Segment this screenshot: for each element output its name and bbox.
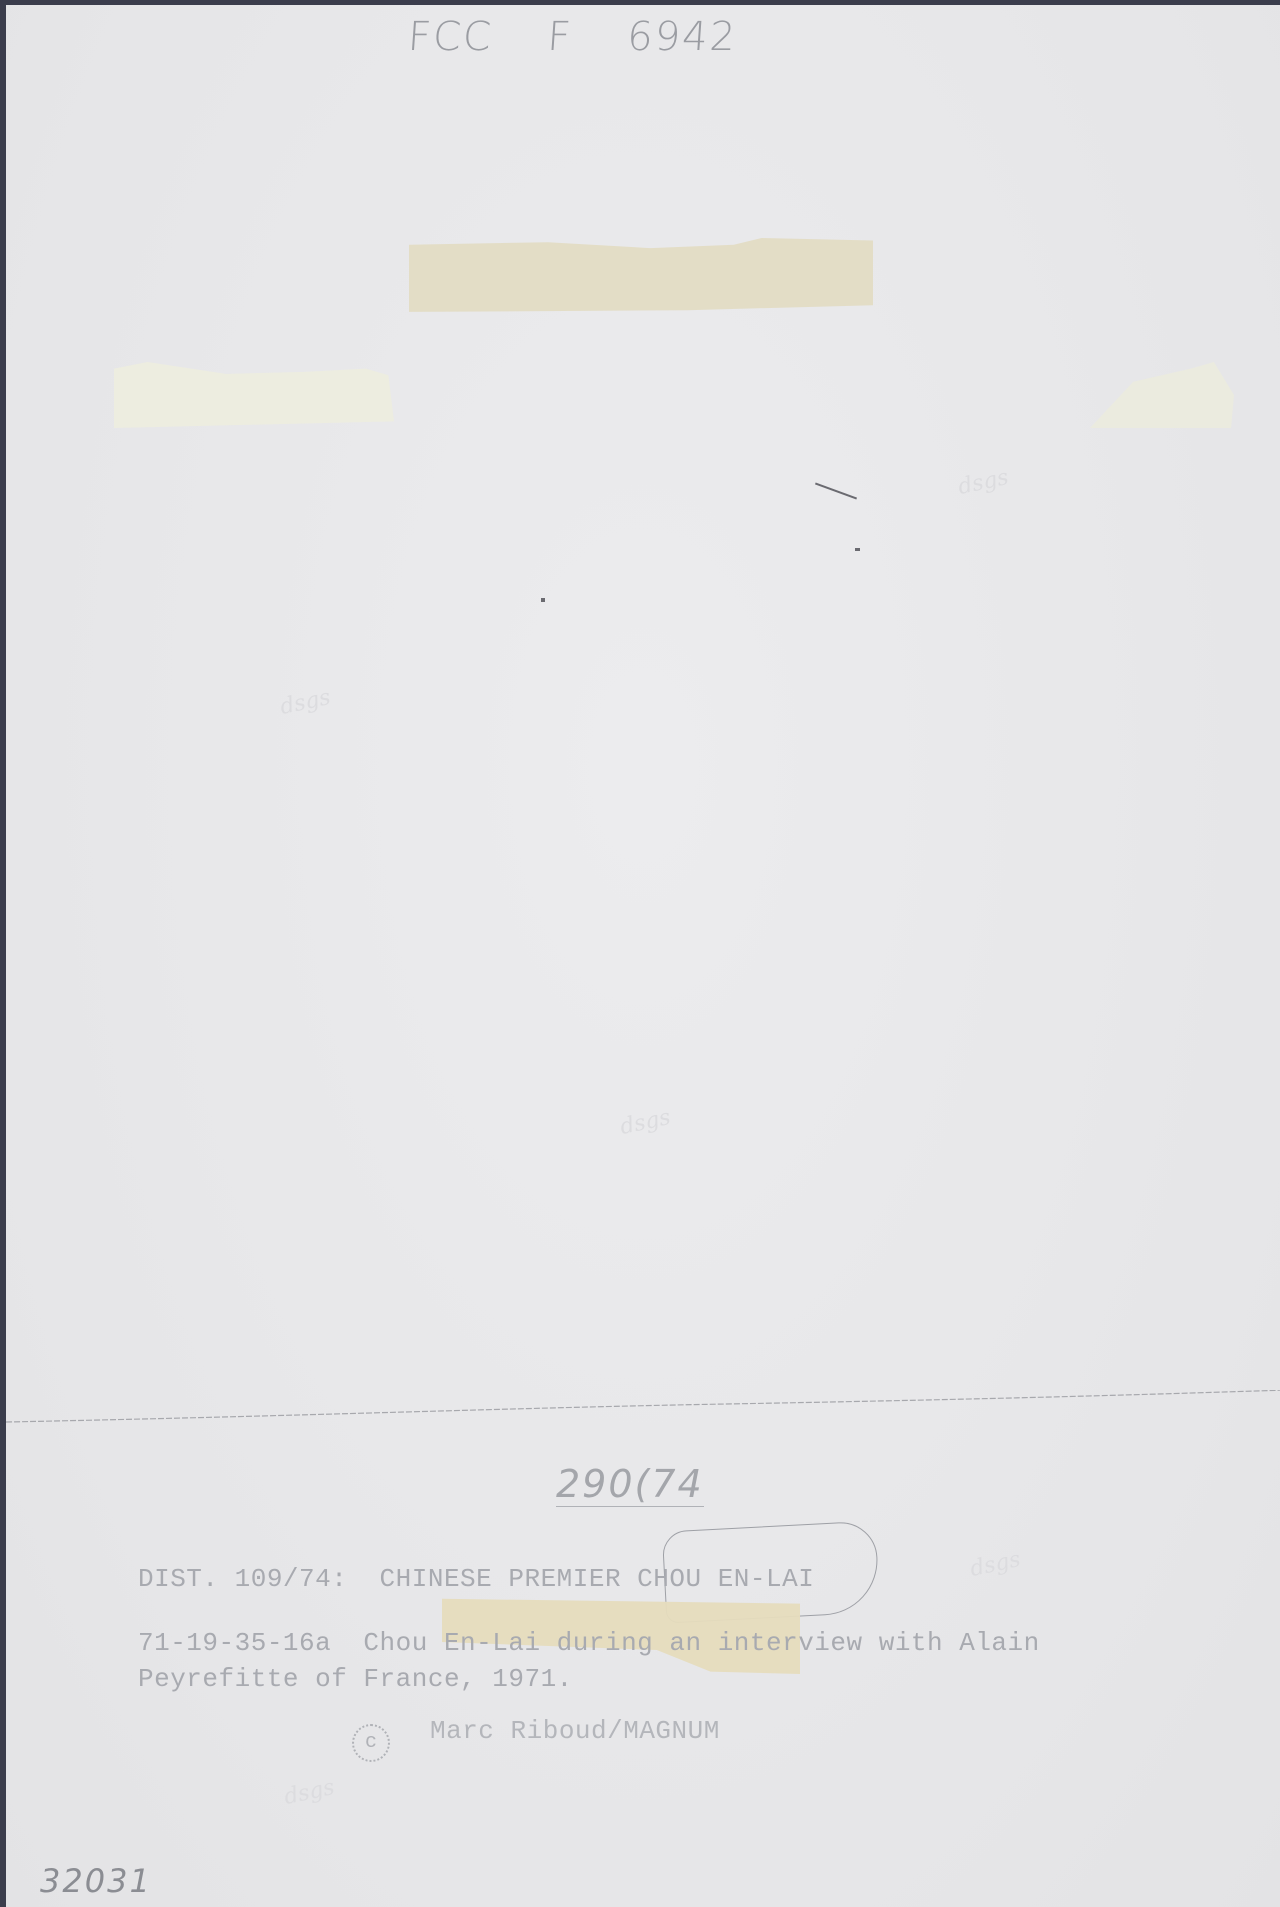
- photo-credit: Marc Riboud/MAGNUM: [430, 1716, 720, 1746]
- handwritten-dist-number: 290(74: [556, 1462, 704, 1506]
- pencil-dot: [855, 548, 860, 551]
- caption-distribution-line: DIST. 109/74: CHINESE PREMIER CHOU EN-LA…: [138, 1564, 814, 1594]
- pencil-dot: [541, 598, 545, 602]
- fold-line: [6, 1390, 1280, 1430]
- copyright-icon: c: [352, 1724, 390, 1762]
- handwritten-inventory-number: 32031: [40, 1862, 152, 1900]
- caption-line-1: 71-19-35-16a Chou En-Lai during an inter…: [138, 1628, 1040, 1658]
- caption-line-2: Peyrefitte of France, 1971.: [138, 1664, 573, 1694]
- handwritten-archive-code: FCC F 6942: [406, 14, 738, 60]
